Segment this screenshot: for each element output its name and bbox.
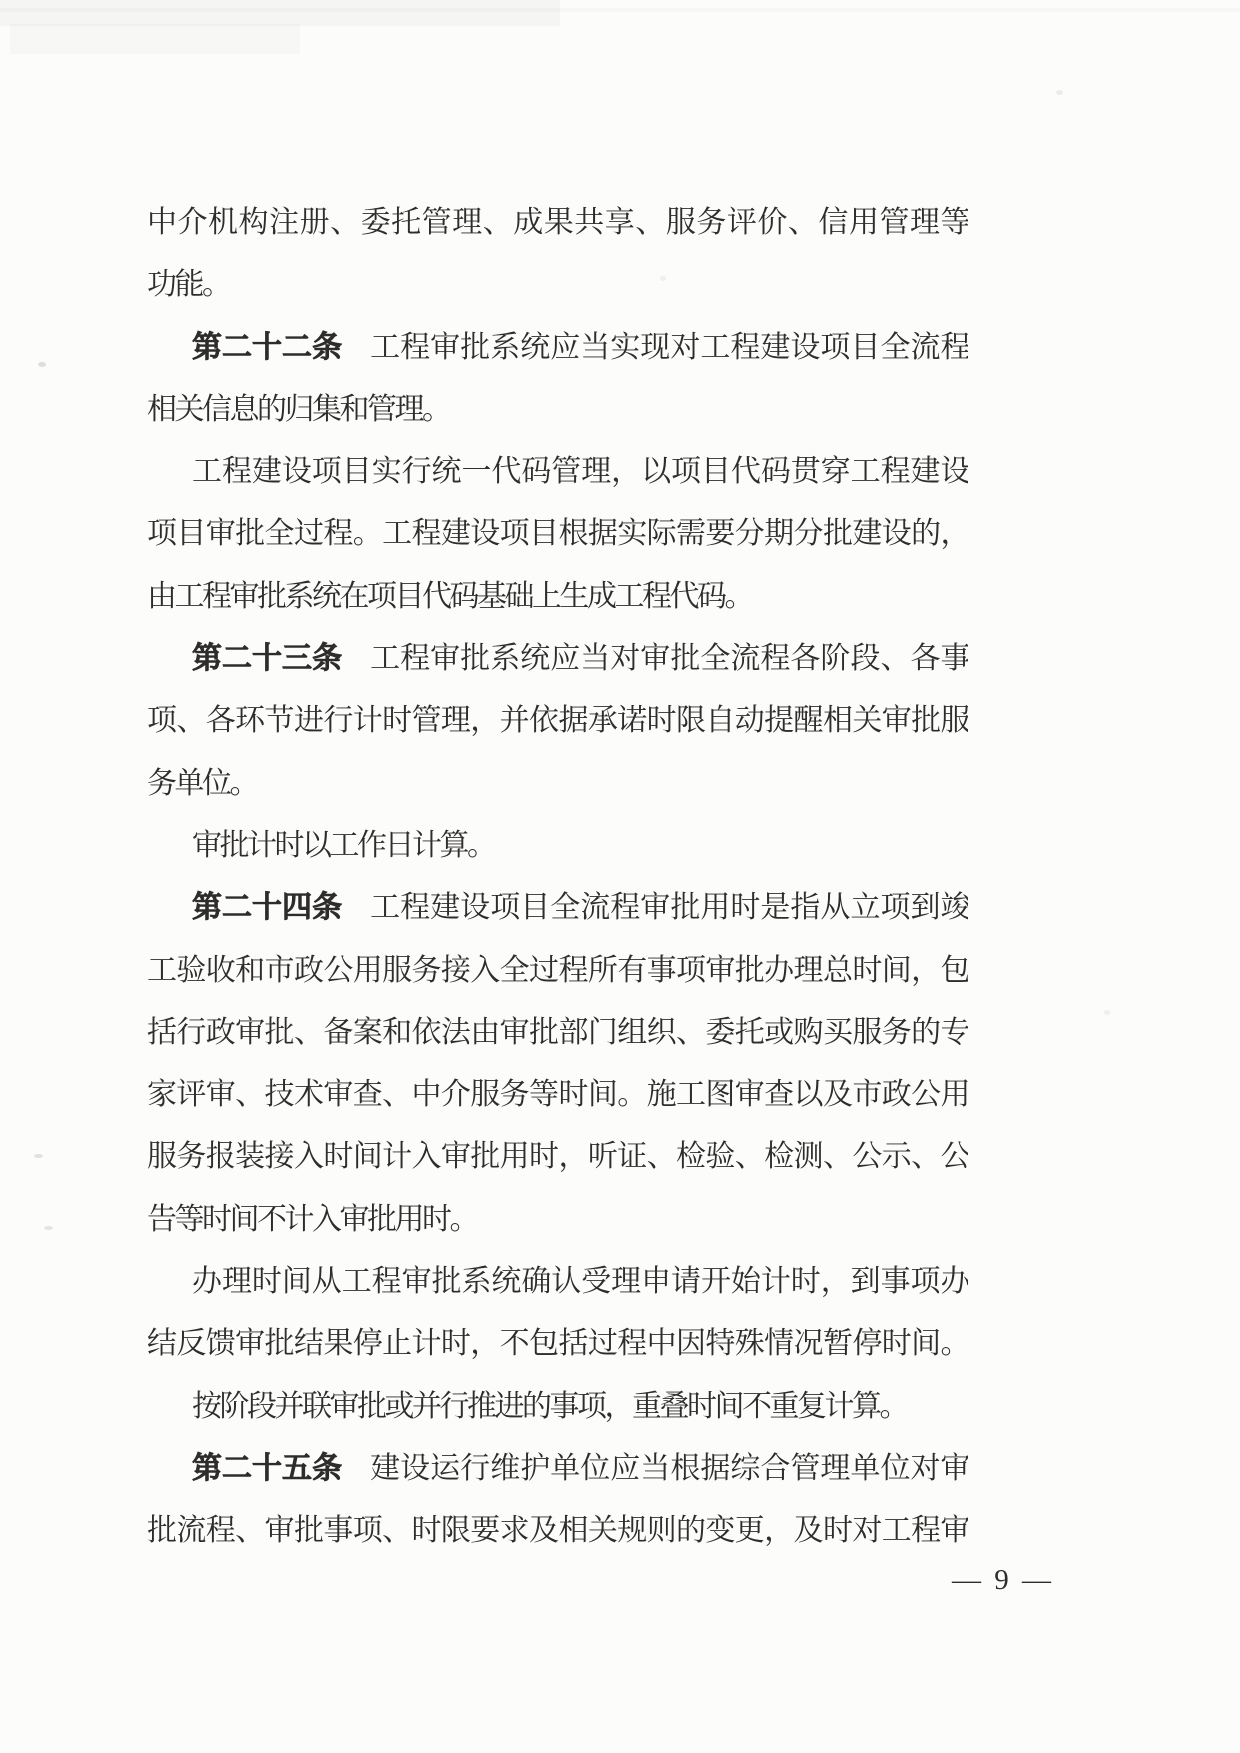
text-line: 功能。 xyxy=(147,254,968,316)
line-text: 工验收和市政公用服务接入全过程所有事项审批办理总时间，包 xyxy=(147,954,968,987)
scanned-document-page: { "page": { "paper_color": "#fcfcfa", "i… xyxy=(0,0,1240,1753)
text-line: 相关信息的归集和管理。 xyxy=(147,379,968,441)
article-number: 第二十三条 xyxy=(192,642,342,675)
line-text: 中介机构注册、委托管理、成果共享、服务评价、信用管理等 xyxy=(147,206,968,239)
line-text: 批流程、审批事项、时限要求及相关规则的变更，及时对工程审 xyxy=(147,1514,968,1547)
line-text: 审批计时以工作日计算。 xyxy=(192,829,495,862)
text-line: 括行政审批、备案和依法由审批部门组织、委托或购买服务的专 xyxy=(147,1002,968,1064)
line-text: 建设运行维护单位应当根据综合管理单位对审 xyxy=(370,1452,968,1485)
line-text: 务单位。 xyxy=(147,767,257,800)
text-line: 第二十二条工程审批系统应当实现对工程建设项目全流程 xyxy=(147,317,968,379)
text-line: 项目审批全过程。工程建设项目根据实际需要分期分批建设的， xyxy=(147,503,968,565)
line-text: 结反馈审批结果停止计时，不包括过程中因特殊情况暂停时间。 xyxy=(147,1327,968,1360)
text-line: 告等时间不计入审批用时。 xyxy=(147,1189,968,1251)
line-text: 括行政审批、备案和依法由审批部门组织、委托或购买服务的专 xyxy=(147,1016,968,1049)
scan-speck xyxy=(38,362,46,367)
text-line: 第二十四条工程建设项目全流程审批用时是指从立项到竣 xyxy=(147,877,968,939)
line-text: 工程建设项目实行统一代码管理，以项目代码贯穿工程建设 xyxy=(192,455,968,488)
line-text: 服务报装接入时间计入审批用时，听证、检验、检测、公示、公 xyxy=(147,1140,968,1173)
line-text: 按阶段并联审批或并行推进的事项，重叠时间不重复计算。 xyxy=(192,1390,907,1423)
line-text: 项目审批全过程。工程建设项目根据实际需要分期分批建设的， xyxy=(147,517,968,550)
paper-background: 中介机构注册、委托管理、成果共享、服务评价、信用管理等功能。第二十二条工程审批系… xyxy=(0,0,1240,1753)
text-line: 项、各环节进行计时管理，并依据承诺时限自动提醒相关审批服 xyxy=(147,690,968,752)
line-text: 办理时间从工程审批系统确认受理申请开始计时，到事项办 xyxy=(192,1265,968,1298)
line-text: 工程审批系统应当对审批全流程各阶段、各事 xyxy=(370,642,968,675)
text-line: 按阶段并联审批或并行推进的事项，重叠时间不重复计算。 xyxy=(147,1376,968,1438)
scan-noise xyxy=(0,8,1240,12)
text-line: 工程建设项目实行统一代码管理，以项目代码贯穿工程建设 xyxy=(147,441,968,503)
line-text: 项、各环节进行计时管理，并依据承诺时限自动提醒相关审批服 xyxy=(147,704,968,737)
article-number: 第二十四条 xyxy=(192,891,342,924)
text-line: 办理时间从工程审批系统确认受理申请开始计时，到事项办 xyxy=(147,1251,968,1313)
line-text: 工程建设项目全流程审批用时是指从立项到竣 xyxy=(370,891,968,924)
text-line: 家评审、技术审查、中介服务等时间。施工图审查以及市政公用 xyxy=(147,1064,968,1126)
page-number: — 9 — xyxy=(938,1560,1068,1600)
text-line: 工验收和市政公用服务接入全过程所有事项审批办理总时间，包 xyxy=(147,940,968,1002)
line-text: 工程审批系统应当实现对工程建设项目全流程 xyxy=(370,331,968,364)
scan-speck xyxy=(34,1154,43,1158)
line-text: 告等时间不计入审批用时。 xyxy=(147,1203,477,1236)
line-text: 功能。 xyxy=(147,268,230,301)
scan-noise xyxy=(0,0,560,26)
line-text: 相关信息的归集和管理。 xyxy=(147,393,450,426)
scan-speck xyxy=(44,1226,53,1230)
text-line: 审批计时以工作日计算。 xyxy=(147,815,968,877)
text-line: 第二十三条工程审批系统应当对审批全流程各阶段、各事 xyxy=(147,628,968,690)
text-line: 由工程审批系统在项目代码基础上生成工程代码。 xyxy=(147,566,968,628)
article-number: 第二十五条 xyxy=(192,1452,342,1485)
line-text: 家评审、技术审查、中介服务等时间。施工图审查以及市政公用 xyxy=(147,1078,968,1111)
text-line: 服务报装接入时间计入审批用时，听证、检验、检测、公示、公 xyxy=(147,1126,968,1188)
text-line: 务单位。 xyxy=(147,753,968,815)
scan-speck xyxy=(1056,90,1063,95)
text-line: 结反馈审批结果停止计时，不包括过程中因特殊情况暂停时间。 xyxy=(147,1313,968,1375)
article-number: 第二十二条 xyxy=(192,331,342,364)
text-line: 第二十五条建设运行维护单位应当根据综合管理单位对审 xyxy=(147,1438,968,1500)
text-line: 批流程、审批事项、时限要求及相关规则的变更，及时对工程审 xyxy=(147,1500,968,1562)
text-line: 中介机构注册、委托管理、成果共享、服务评价、信用管理等 xyxy=(147,192,968,254)
scan-noise xyxy=(10,24,300,54)
scan-speck xyxy=(1104,1010,1110,1015)
document-body: 中介机构注册、委托管理、成果共享、服务评价、信用管理等功能。第二十二条工程审批系… xyxy=(147,192,968,1563)
line-text: 由工程审批系统在项目代码基础上生成工程代码。 xyxy=(147,580,752,613)
